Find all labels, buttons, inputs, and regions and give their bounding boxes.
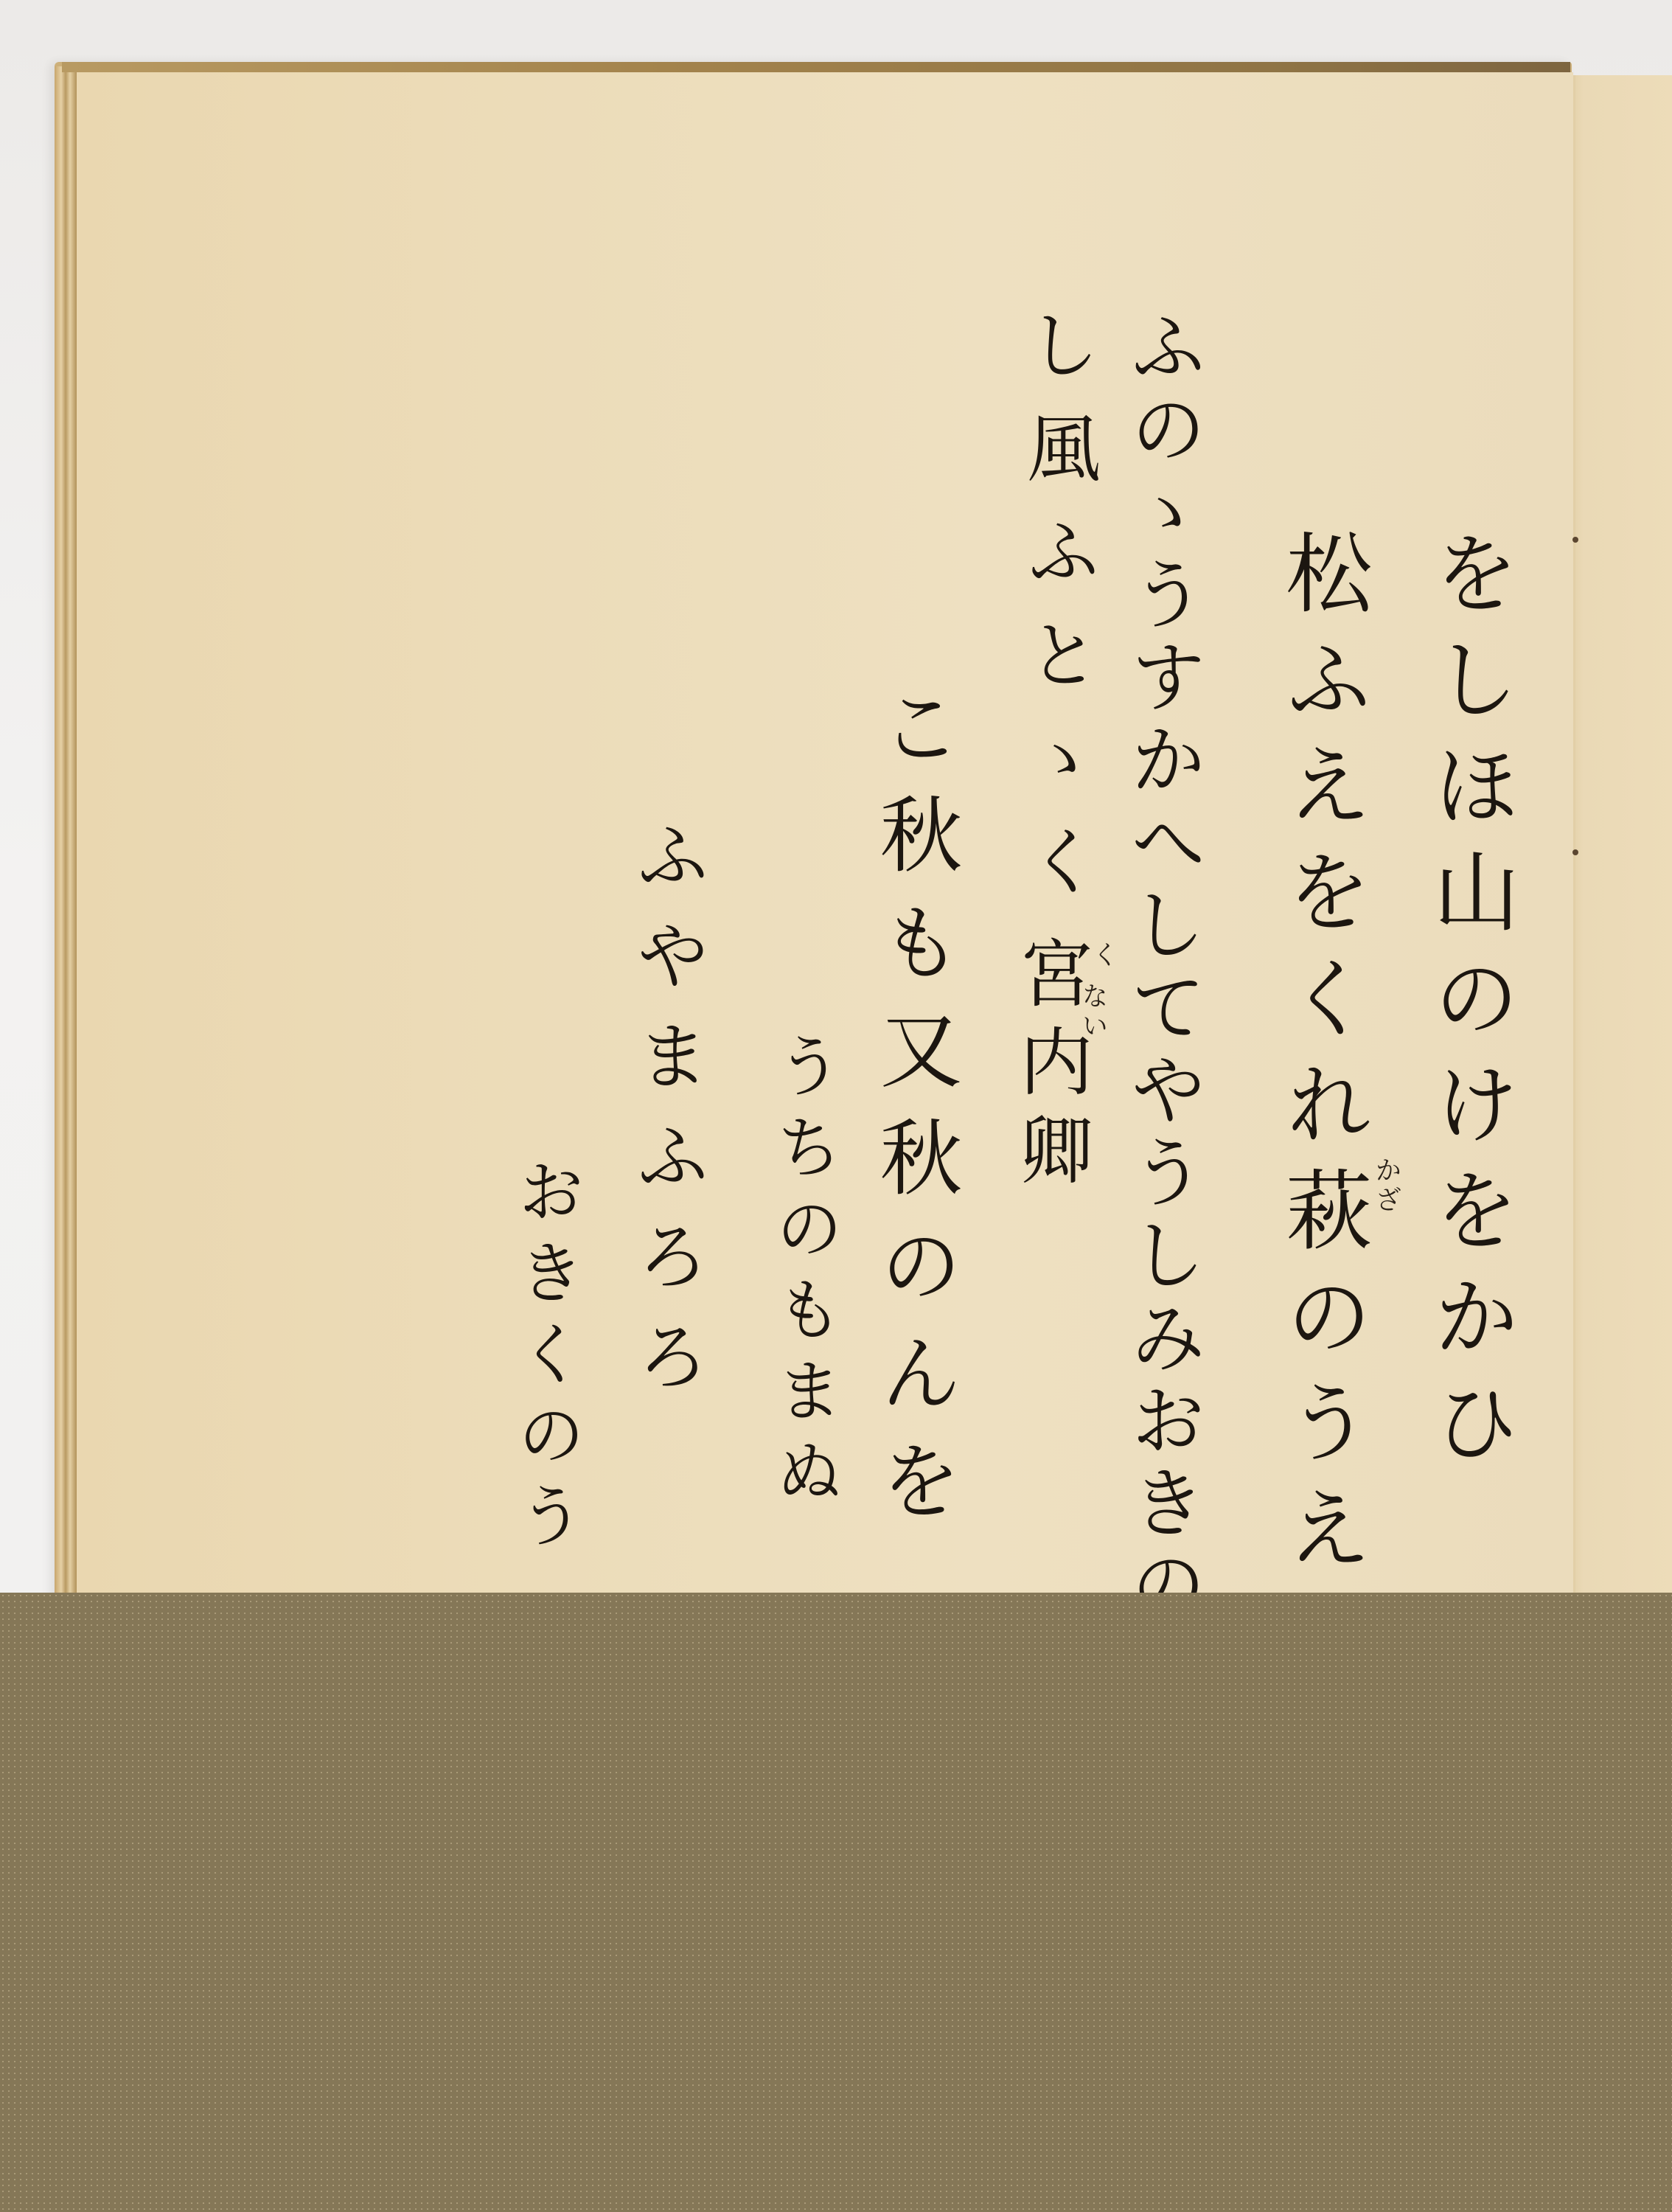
manuscript-page: をしほ山のけをかひ 松ふえをくれ萩のうえ かざ ふのゝうすかへしてやうしみおきの… bbox=[77, 72, 1573, 1694]
binding-hole-mark bbox=[1572, 849, 1578, 855]
ruby-nai: ない bbox=[1079, 982, 1106, 1041]
photo-scene: をしほ山のけをかひ 松ふえをくれ萩のうえ かざ ふのゝうすかへしてやうしみおきの… bbox=[0, 0, 1672, 2212]
calligraphy-column-7: ふやまふろろ bbox=[630, 817, 703, 1419]
calligraphy-column-5: こ秋も又秋のんを bbox=[873, 684, 955, 1545]
calligraphy-column-2: 松ふえをくれ萩のうえ bbox=[1278, 528, 1365, 1590]
signature-kunaikyo: 宮内卿 bbox=[1013, 935, 1087, 1200]
calligraphy-column-4: し風ふとゝく bbox=[1020, 307, 1094, 926]
binding-hole-mark bbox=[1572, 537, 1578, 543]
ruby-kaza: かざ bbox=[1373, 1156, 1399, 1215]
book-top-edge bbox=[62, 62, 1570, 72]
ruby-ku: く bbox=[1090, 941, 1116, 970]
redaction-overlay bbox=[0, 1593, 1672, 2212]
calligraphy-column-8: おきくのう bbox=[512, 1156, 579, 1562]
book-page-edges bbox=[55, 66, 77, 1688]
facing-page-strip bbox=[1573, 75, 1672, 1697]
calligraphy-column-1: をしほ山のけをかひ bbox=[1426, 528, 1513, 1484]
calligraphy-column-3: ふのゝうすかへしてやうしみおきの bbox=[1124, 307, 1200, 1628]
calligraphy-column-6: うちのもまぬ bbox=[770, 1031, 837, 1517]
